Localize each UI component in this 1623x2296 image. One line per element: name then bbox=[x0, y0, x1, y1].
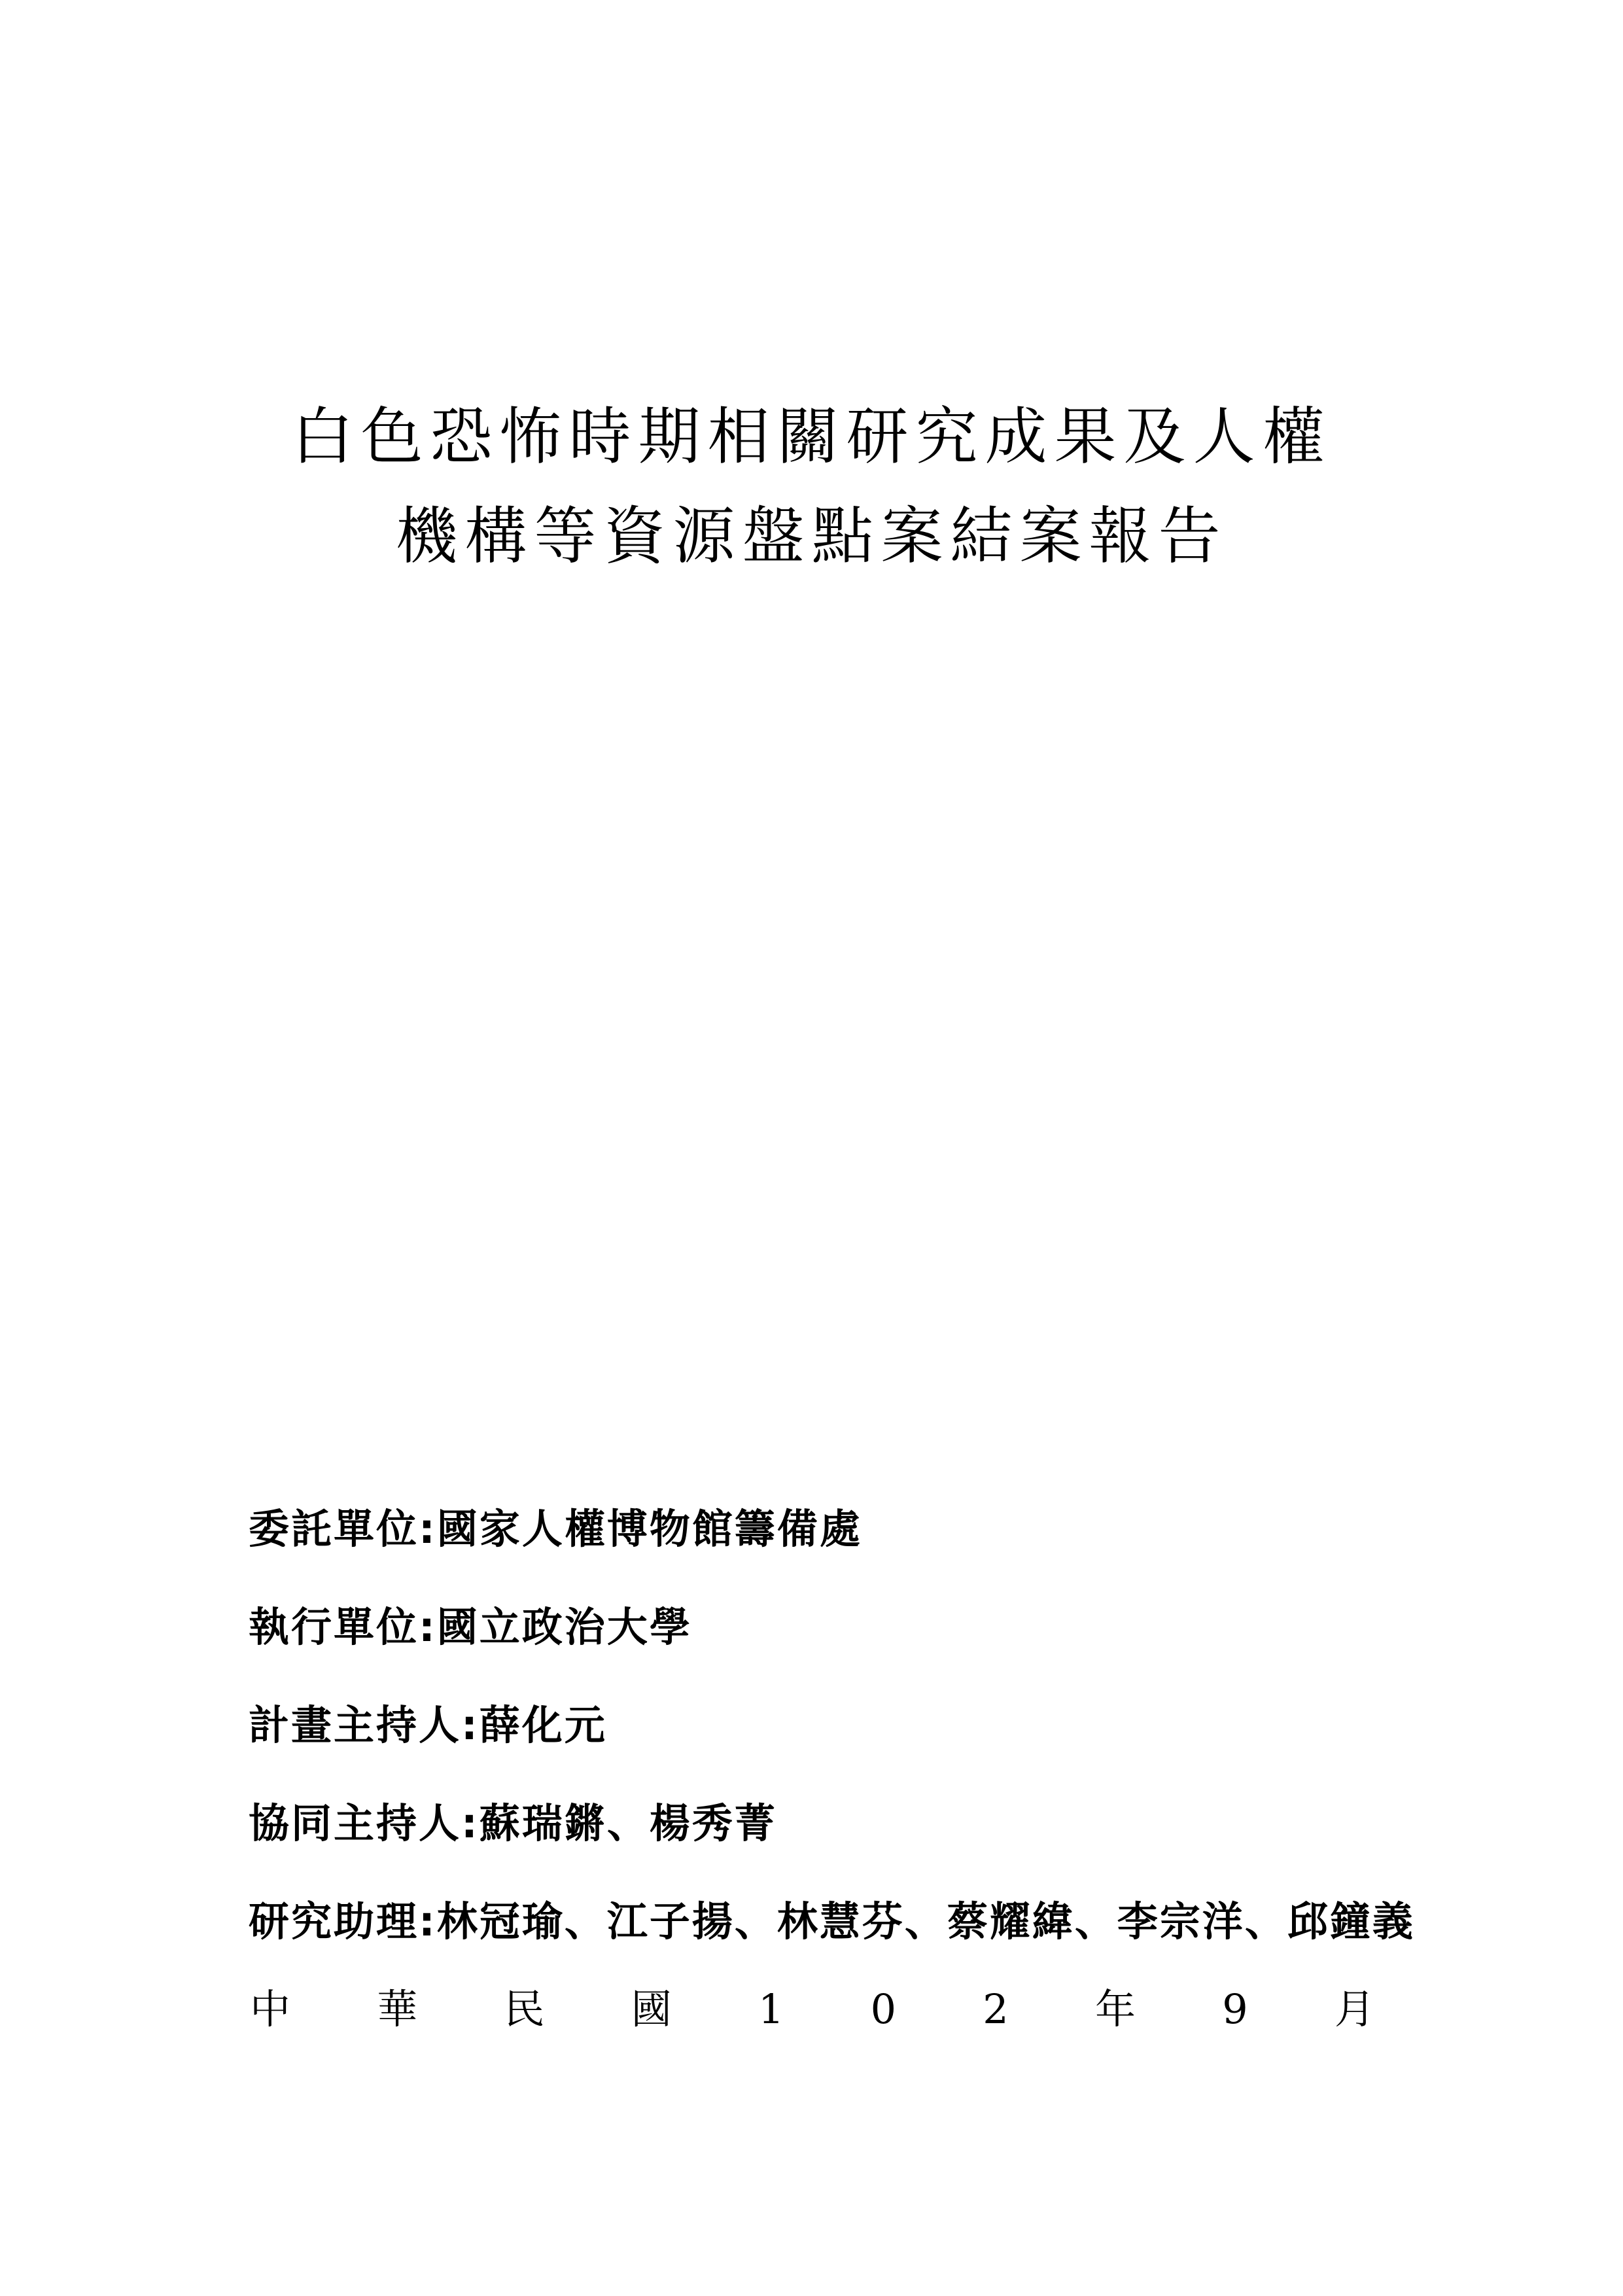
info-line-research-assistants: 研究助理:林冠瑜、江子揚、林慧芬、蔡耀緯、李宗洋、邱鐘義 bbox=[249, 1873, 1415, 1971]
title-line-1: 白色恐怖時期相關研究成果及人權 bbox=[0, 387, 1623, 487]
date-char: 民 bbox=[504, 1984, 544, 2035]
info-value: 薛化元 bbox=[480, 1701, 607, 1749]
date-char: 年 bbox=[1095, 1984, 1136, 2035]
title-line-2: 機構等資源盤點案結案報告 bbox=[0, 487, 1623, 586]
date-char: 華 bbox=[377, 1984, 417, 2035]
date-char: 國 bbox=[631, 1984, 672, 2035]
info-value: 國家人權博物館籌備處 bbox=[437, 1505, 862, 1553]
date-line: 中 華 民 國 1 0 2 年 9 月 bbox=[250, 1984, 1375, 2035]
info-label: 委託單位 bbox=[249, 1505, 419, 1553]
info-label: 協同主持人 bbox=[249, 1799, 461, 1847]
info-colon: : bbox=[419, 1898, 437, 1945]
date-char: 9 bbox=[1222, 1984, 1248, 2035]
info-colon: : bbox=[419, 1505, 437, 1553]
info-colon: : bbox=[461, 1799, 480, 1847]
info-line-principal-investigator: 計畫主持人:薛化元 bbox=[249, 1676, 1415, 1775]
info-line-commissioning-unit: 委託單位:國家人權博物館籌備處 bbox=[249, 1480, 1415, 1578]
info-colon: : bbox=[419, 1603, 437, 1651]
date-char: 1 bbox=[758, 1984, 784, 2035]
info-line-co-investigators: 協同主持人:蘇瑞鏘、楊秀菁 bbox=[249, 1775, 1415, 1873]
report-cover-page: 白色恐怖時期相關研究成果及人權 機構等資源盤點案結案報告 委託單位:國家人權博物… bbox=[0, 0, 1623, 2296]
date-char: 0 bbox=[871, 1984, 896, 2035]
info-value: 蘇瑞鏘、楊秀菁 bbox=[480, 1799, 777, 1847]
date-char: 月 bbox=[1335, 1984, 1375, 2035]
date-char: 中 bbox=[250, 1984, 290, 2035]
info-value: 國立政治大學 bbox=[437, 1603, 692, 1651]
info-label: 執行單位 bbox=[249, 1603, 419, 1651]
info-colon: : bbox=[461, 1701, 480, 1749]
date-char: 2 bbox=[983, 1984, 1008, 2035]
info-label: 研究助理 bbox=[249, 1898, 419, 1945]
report-title: 白色恐怖時期相關研究成果及人權 機構等資源盤點案結案報告 bbox=[0, 387, 1623, 586]
info-value: 林冠瑜、江子揚、林慧芬、蔡耀緯、李宗洋、邱鐘義 bbox=[437, 1898, 1415, 1945]
info-line-executing-unit: 執行單位:國立政治大學 bbox=[249, 1578, 1415, 1676]
project-info-block: 委託單位:國家人權博物館籌備處 執行單位:國立政治大學 計畫主持人:薛化元 協同… bbox=[249, 1480, 1415, 1971]
info-label: 計畫主持人 bbox=[249, 1701, 461, 1749]
